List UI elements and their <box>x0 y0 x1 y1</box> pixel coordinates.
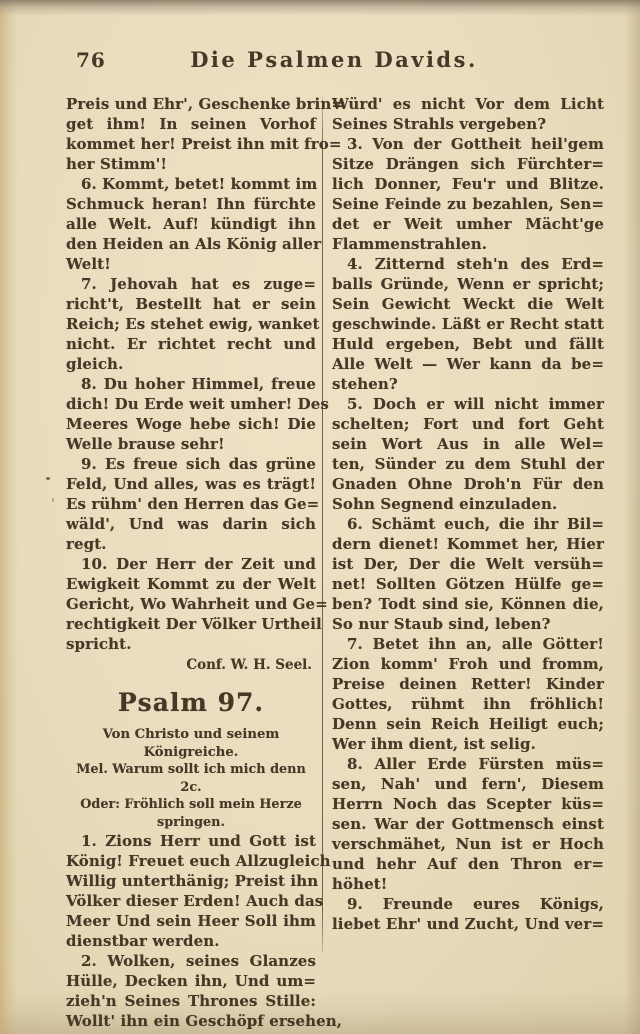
text-line: sein Wort Aus in alle Wel= <box>332 434 604 454</box>
text-line: Würd' es nicht Vor dem Licht <box>332 94 604 114</box>
text-line: Welt! <box>66 254 316 274</box>
melody-line: Mel. Warum sollt ich mich denn 2c. <box>66 761 316 796</box>
text-line: rechtigkeit Der Völker Urtheil <box>66 614 316 634</box>
text-line: dern dienet! Kommet her, Hier <box>332 534 604 554</box>
attribution: Conf. W. H. Seel. <box>66 654 316 676</box>
text-line: Flammenstrahlen. <box>332 234 604 254</box>
verse-block: 6. Kommt, betet! kommt imSchmuck heran! … <box>66 174 316 274</box>
text-line: 2. Wolken, seines Glanzes <box>66 951 316 971</box>
text-line: 9. Es freue sich das grüne <box>66 454 316 474</box>
text-line: stehen? <box>332 374 604 394</box>
text-line: zieh'n Seines Thrones Stille: <box>66 991 316 1011</box>
text-line: Huld ergeben, Bebt und fällt <box>332 334 604 354</box>
margin-speck <box>52 498 54 502</box>
verse-block: 5. Doch er will nicht immerschelten; For… <box>332 394 604 514</box>
text-line: Meeres Woge hebe sich! Die <box>66 414 316 434</box>
text-line: spricht. <box>66 634 316 654</box>
text-line: geschwinde. Läßt er Recht statt <box>332 314 604 334</box>
text-line: alle Welt. Auf! kündigt ihn <box>66 214 316 234</box>
text-line: sen, Nah' und fern', Diesem <box>332 774 604 794</box>
text-line: det er Weit umher Mächt'ge <box>332 214 604 234</box>
text-line: kommet her! Preist ihn mit fro= <box>66 134 316 154</box>
text-line: 6. Kommt, betet! kommt im <box>66 174 316 194</box>
column-divider-rule <box>322 96 323 952</box>
page-number: 76 <box>76 48 106 72</box>
text-line: Herrn Noch das Scepter küs= <box>332 794 604 814</box>
text-line: 8. Aller Erde Fürsten müs= <box>332 754 604 774</box>
text-line: höhet! <box>332 874 604 894</box>
text-line: Sohn Segnend einzuladen. <box>332 494 604 514</box>
text-line: Wer ihm dient, ist selig. <box>332 734 604 754</box>
text-line: Meer Und sein Heer Soll ihm <box>66 911 316 931</box>
text-line: Hülle, Decken ihn, Und um= <box>66 971 316 991</box>
verse-block: 1. Zions Herr und Gott istKönig! Freuet … <box>66 831 316 951</box>
text-line: Sitze Drängen sich Fürchter= <box>332 154 604 174</box>
text-line: nicht. Er richtet recht und gleich. <box>66 334 316 374</box>
text-line: Gericht, Wo Wahrheit und Ge= <box>66 594 316 614</box>
text-line: ben? Todt sind sie, Können die, <box>332 594 604 614</box>
text-line: König! Freuet euch Allzugleich <box>66 851 316 871</box>
text-line: 4. Zitternd steh'n des Erd= <box>332 254 604 274</box>
text-line: richt't, Bestellt hat er sein <box>66 294 316 314</box>
text-line: Feld, Und alles, was es trägt! <box>66 474 316 494</box>
text-columns: Preis und Ehr', Geschenke brin=get ihm! … <box>66 94 604 1031</box>
text-line: Wollt' ihn ein Geschöpf ersehen, <box>66 1011 316 1031</box>
text-line: 7. Betet ihn an, alle Götter! <box>332 634 604 654</box>
text-line: balls Gründe, Wenn er spricht; <box>332 274 604 294</box>
page-header: 76 Die Psalmen Davids. <box>68 46 600 78</box>
verse-block: 6. Schämt euch, die ihr Bil=dern dienet!… <box>332 514 604 634</box>
text-line: get ihm! In seinen Vorhof <box>66 114 316 134</box>
text-line: Seines Strahls vergeben? <box>332 114 604 134</box>
margin-speck <box>46 477 50 480</box>
verse-block: 7. Betet ihn an, alle Götter!Zion komm' … <box>332 634 604 754</box>
text-line: So nur Staub sind, leben? <box>332 614 604 634</box>
verse-block: 4. Zitternd steh'n des Erd=balls Gründe,… <box>332 254 604 394</box>
text-line: Gnaden Ohne Droh'n Für den <box>332 474 604 494</box>
text-line: Es rühm' den Herren das Ge= <box>66 494 316 514</box>
text-line: lich Donner, Feu'r und Blitze. <box>332 174 604 194</box>
text-line: Willig unterthänig; Preist ihn <box>66 871 316 891</box>
text-line: 8. Du hoher Himmel, freue <box>66 374 316 394</box>
text-line: Seine Feinde zu bezahlen, Sen= <box>332 194 604 214</box>
text-line: Zion komm' Froh und fromm, <box>332 654 604 674</box>
text-line: liebet Ehr' und Zucht, Und ver= <box>332 914 604 934</box>
text-line: 6. Schämt euch, die ihr Bil= <box>332 514 604 534</box>
text-line: net! Sollten Götzen Hülfe ge= <box>332 574 604 594</box>
scanned-book-page: 76 Die Psalmen Davids. Preis und Ehr', G… <box>0 0 640 1034</box>
page-title: Die Psalmen Davids. <box>68 46 600 72</box>
verse-block: 9. Freunde eures Königs,liebet Ehr' und … <box>332 894 604 934</box>
text-line: dienstbar werden. <box>66 931 316 951</box>
verse-block: 3. Von der Gottheit heil'gemSitze Dränge… <box>332 134 604 254</box>
text-line: 7. Jehovah hat es zuge= <box>66 274 316 294</box>
text-line: dich! Du Erde weit umher! Des <box>66 394 316 414</box>
text-line: ist Der, Der die Welt versüh= <box>332 554 604 574</box>
verse-block: 10. Der Herr der Zeit undEwigkeit Kommt … <box>66 554 316 654</box>
text-line: her Stimm'! <box>66 154 316 174</box>
text-line: Alle Welt — Wer kann da be= <box>332 354 604 374</box>
verse-block: 2. Wolken, seines GlanzesHülle, Decken i… <box>66 951 316 1031</box>
text-line: Gottes, rühmt ihn fröhlich! <box>332 694 604 714</box>
verse-block: 8. Aller Erde Fürsten müs=sen, Nah' und … <box>332 754 604 894</box>
text-line: 3. Von der Gottheit heil'gem <box>332 134 604 154</box>
paragraph-block: Preis und Ehr', Geschenke brin=get ihm! … <box>66 94 316 174</box>
text-line: und hehr Auf den Thron er= <box>332 854 604 874</box>
text-line: ten, Sünder zu dem Stuhl der <box>332 454 604 474</box>
verse-block: 8. Du hoher Himmel, freuedich! Du Erde w… <box>66 374 316 454</box>
text-line: Welle brause sehr! <box>66 434 316 454</box>
text-line: Schmuck heran! Ihn fürchte <box>66 194 316 214</box>
text-line: Völker dieser Erden! Auch das <box>66 891 316 911</box>
text-line: wäld', Und was darin sich regt. <box>66 514 316 554</box>
text-line: 5. Doch er will nicht immer <box>332 394 604 414</box>
text-line: 9. Freunde eures Königs, <box>332 894 604 914</box>
text-line: Denn sein Reich Heiligt euch; <box>332 714 604 734</box>
psalm-subtitle: Von Christo und seinem Königreiche. <box>66 726 316 761</box>
text-line: 1. Zions Herr und Gott ist <box>66 831 316 851</box>
text-line: Sein Gewicht Weckt die Welt <box>332 294 604 314</box>
right-column: Würd' es nicht Vor dem LichtSeines Strah… <box>332 94 604 1031</box>
text-line: sen. War der Gottmensch einst <box>332 814 604 834</box>
verse-block: 9. Es freue sich das grüneFeld, Und alle… <box>66 454 316 554</box>
verse-block: 7. Jehovah hat es zuge=richt't, Bestellt… <box>66 274 316 374</box>
melody-line: Oder: Fröhlich soll mein Herze springen. <box>66 796 316 831</box>
text-line: den Heiden an Als König aller <box>66 234 316 254</box>
left-column: Preis und Ehr', Geschenke brin=get ihm! … <box>66 94 316 1031</box>
text-line: Reich; Es stehet ewig, wanket <box>66 314 316 334</box>
text-line: schelten; Fort und fort Geht <box>332 414 604 434</box>
text-line: Ewigkeit Kommt zu der Welt <box>66 574 316 594</box>
text-line: verschmähet, Nun ist er Hoch <box>332 834 604 854</box>
text-line: 10. Der Herr der Zeit und <box>66 554 316 574</box>
paragraph-block: Würd' es nicht Vor dem LichtSeines Strah… <box>332 94 604 134</box>
psalm-heading: Psalm 97. <box>66 689 316 717</box>
text-line: Preise deinen Retter! Kinder <box>332 674 604 694</box>
text-line: Preis und Ehr', Geschenke brin= <box>66 94 316 114</box>
